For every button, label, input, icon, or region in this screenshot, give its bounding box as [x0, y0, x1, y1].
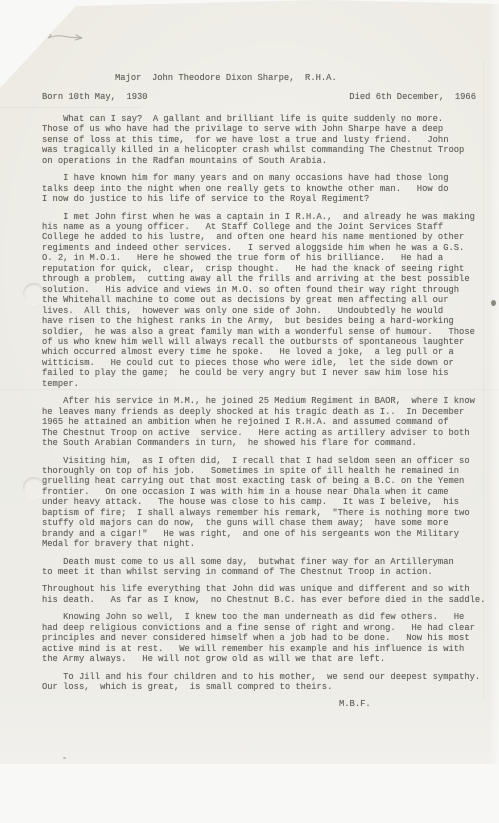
- text-line: through a problem, cutting away all the …: [42, 274, 489, 284]
- punch-hole: [23, 477, 44, 498]
- text-line: principles and never considered himself …: [42, 633, 489, 643]
- text-line: reputation for quick, clear, crisp thoug…: [42, 264, 489, 274]
- text-line: on operations in the Radfan mountains of…: [42, 156, 489, 166]
- ink-speck: [63, 757, 66, 759]
- text-line: failed to play the game; he could be ver…: [42, 368, 489, 378]
- ink-speck: [491, 300, 496, 306]
- text-line: I now do justice to his life of service …: [42, 194, 489, 204]
- text-line: 1965 he attained an ambition when he rej…: [42, 417, 489, 427]
- text-line: Visiting him, as I often did, I recall t…: [42, 456, 489, 466]
- text-line: had deep religious convictions and a fin…: [42, 623, 489, 633]
- dates-row: Born 10th May, 1930 Died 6th December, 1…: [42, 92, 489, 102]
- text-line: Those of us who have had the privilage t…: [42, 124, 489, 134]
- text-line: I have known him for many years and on m…: [42, 173, 489, 183]
- text-line: his death. As far as I know, no Chestnut…: [42, 595, 489, 605]
- text-line: the Army always. He will not grow old as…: [42, 654, 489, 664]
- text-line: was tragically killed in a helicopter cr…: [42, 145, 489, 155]
- paragraph: Death must come to us all some day, butw…: [42, 557, 489, 578]
- paragraph: Throughout his life everything that John…: [42, 584, 489, 605]
- text-line: he leaves many friends as deeply shocked…: [42, 407, 489, 417]
- text-line: of us who knew him well will always reca…: [42, 337, 489, 347]
- document-title: Major John Theodore Dixon Sharpe, R.H.A.: [115, 73, 489, 83]
- text-line: which occurred almost every time he spok…: [42, 347, 489, 357]
- paragraph: After his service in M.M., he joined 25 …: [42, 396, 489, 448]
- text-line: brandy and a cigar!" He was right, and o…: [42, 529, 489, 539]
- paragraph: Visiting him, as I often did, I recall t…: [42, 456, 489, 550]
- text-line: Throughout his life everything that John…: [42, 584, 489, 594]
- text-line: To Jill and his four children and to his…: [42, 672, 489, 682]
- paper-right-edge-highlight: [489, 0, 499, 764]
- text-line: The Chestnut Troop on active service. He…: [42, 428, 489, 438]
- text-line: the Whitehall machine to come out as dec…: [42, 295, 489, 305]
- text-line: Knowing John so well, I knew too the man…: [42, 612, 489, 622]
- text-line: What can I say? A gallant and brilliant …: [42, 114, 489, 124]
- born-date: Born 10th May, 1930: [42, 92, 148, 102]
- text-line: soldier, he was also a great family man …: [42, 327, 489, 337]
- paragraph: To Jill and his four children and to his…: [42, 672, 489, 693]
- text-line: stuffy old majors can do now, the guns w…: [42, 518, 489, 528]
- died-date: Died 6th December, 1966: [349, 92, 476, 102]
- text-line: to meet it than whilst serving in comman…: [42, 567, 489, 577]
- paragraph: Knowing John so well, I knew too the man…: [42, 612, 489, 664]
- signature-initials: M.B.F.: [339, 699, 489, 709]
- text-line: College he added to his lustre, and ofte…: [42, 232, 489, 242]
- text-line: the South Arabian Commanders in turn, he…: [42, 438, 489, 448]
- text-line: active mind is at rest. We will remember…: [42, 644, 489, 654]
- paragraph: What can I say? A gallant and brilliant …: [42, 114, 489, 166]
- document-body: What can I say? A gallant and brilliant …: [42, 114, 489, 693]
- scanned-paper-sheet: Major John Theodore Dixon Sharpe, R.H.A.…: [0, 0, 499, 765]
- document-content: Major John Theodore Dixon Sharpe, R.H.A.…: [42, 0, 489, 709]
- text-line: sense of loss at this time, for we have …: [42, 135, 489, 145]
- text-line: temper.: [42, 379, 489, 389]
- text-line: Medal for bravery that night.: [42, 539, 489, 549]
- text-line: solution. His advice and views in M.O. s…: [42, 285, 489, 295]
- text-line: Death must come to us all some day, butw…: [42, 557, 489, 567]
- text-line: lives. All this, however was only one si…: [42, 306, 489, 316]
- punch-hole: [23, 283, 44, 304]
- text-line: thoroughly on top of his job. Sometimes …: [42, 466, 489, 476]
- text-line: have risen to the highest ranks in the A…: [42, 316, 489, 326]
- paragraph: I have known him for many years and on m…: [42, 173, 489, 204]
- text-line: regiments and indeed other services. I s…: [42, 243, 489, 253]
- text-line: his name as a young officer. At Staff Co…: [42, 222, 489, 232]
- text-line: After his service in M.M., he joined 25 …: [42, 396, 489, 406]
- text-line: O. 2, in M.O.1. Here he showed the true …: [42, 253, 489, 263]
- text-line: frontier. On one occasion I was with him…: [42, 487, 489, 497]
- text-line: witticism. He could cut to pieces those …: [42, 358, 489, 368]
- text-line: under heavy attack. The house was close …: [42, 497, 489, 507]
- text-line: baptism of fire; I shall always remember…: [42, 508, 489, 518]
- text-line: gruelling heat carrying out that most ex…: [42, 476, 489, 486]
- text-line: talks deep into the night when one reall…: [42, 184, 489, 194]
- text-line: I met John first when he was a captain i…: [42, 212, 489, 222]
- text-line: Our loss, which is great, is small compr…: [42, 682, 489, 692]
- paragraph: I met John first when he was a captain i…: [42, 212, 489, 390]
